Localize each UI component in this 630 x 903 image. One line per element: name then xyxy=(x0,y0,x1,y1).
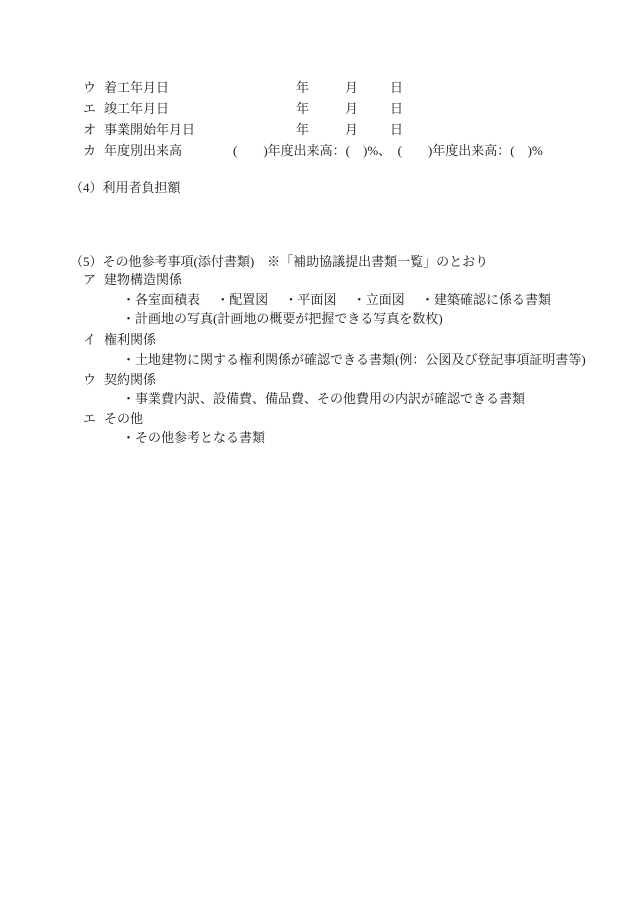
item-label: 建物構造関係 xyxy=(104,273,182,287)
progress-row-label: 年度別出来高 xyxy=(104,144,182,158)
item-marker: エ xyxy=(83,412,96,426)
month-unit-label: 月 xyxy=(345,81,358,95)
document-page: ウ 着工年月日 年 月 日 エ 竣工年月日 年 月 日 オ 事業開始年月日 年 … xyxy=(0,0,630,903)
item-bullet: ・事業費内訳、設備費、備品費、その他費用の内訳が確認できる書類 xyxy=(122,392,525,406)
section5-heading: （5）その他参考事項(添付書類) ※「補助協議提出書類一覧」のとおり xyxy=(70,255,488,269)
year-unit-label: 年 xyxy=(296,81,309,95)
item-bullet: ・各室面積表 ・配置図 ・平面図 ・立面図 ・建築確認に係る書類 xyxy=(122,293,551,307)
section4-heading: （4）利用者負担額 xyxy=(70,181,181,195)
progress-row-value: ( )年度出来高：( )%、 ( )年度出来高：( )% xyxy=(233,144,543,158)
schedule-row-marker: オ xyxy=(83,123,96,137)
item-bullet: ・その他参考となる書類 xyxy=(122,431,265,445)
schedule-row-marker: ウ xyxy=(83,81,96,95)
item-marker: ア xyxy=(83,273,96,287)
day-unit-label: 日 xyxy=(390,102,403,116)
item-marker: ウ xyxy=(83,373,96,387)
month-unit-label: 月 xyxy=(345,102,358,116)
schedule-row-label: 竣工年月日 xyxy=(104,102,169,116)
year-unit-label: 年 xyxy=(296,102,309,116)
year-unit-label: 年 xyxy=(296,123,309,137)
item-label: その他 xyxy=(104,412,143,426)
item-marker: イ xyxy=(83,333,96,347)
item-bullet: ・計画地の写真(計画地の概要が把握できる写真を数枚) xyxy=(122,312,443,326)
schedule-row-label: 事業開始年月日 xyxy=(104,123,195,137)
day-unit-label: 日 xyxy=(390,123,403,137)
progress-row-marker: カ xyxy=(83,144,96,158)
item-label: 契約関係 xyxy=(104,373,156,387)
schedule-row-marker: エ xyxy=(83,102,96,116)
schedule-row-label: 着工年月日 xyxy=(104,81,169,95)
month-unit-label: 月 xyxy=(345,123,358,137)
item-label: 権利関係 xyxy=(104,333,156,347)
day-unit-label: 日 xyxy=(390,81,403,95)
item-bullet: ・土地建物に関する権利関係が確認できる書類(例：公図及び登記事項証明書等) xyxy=(122,353,586,367)
